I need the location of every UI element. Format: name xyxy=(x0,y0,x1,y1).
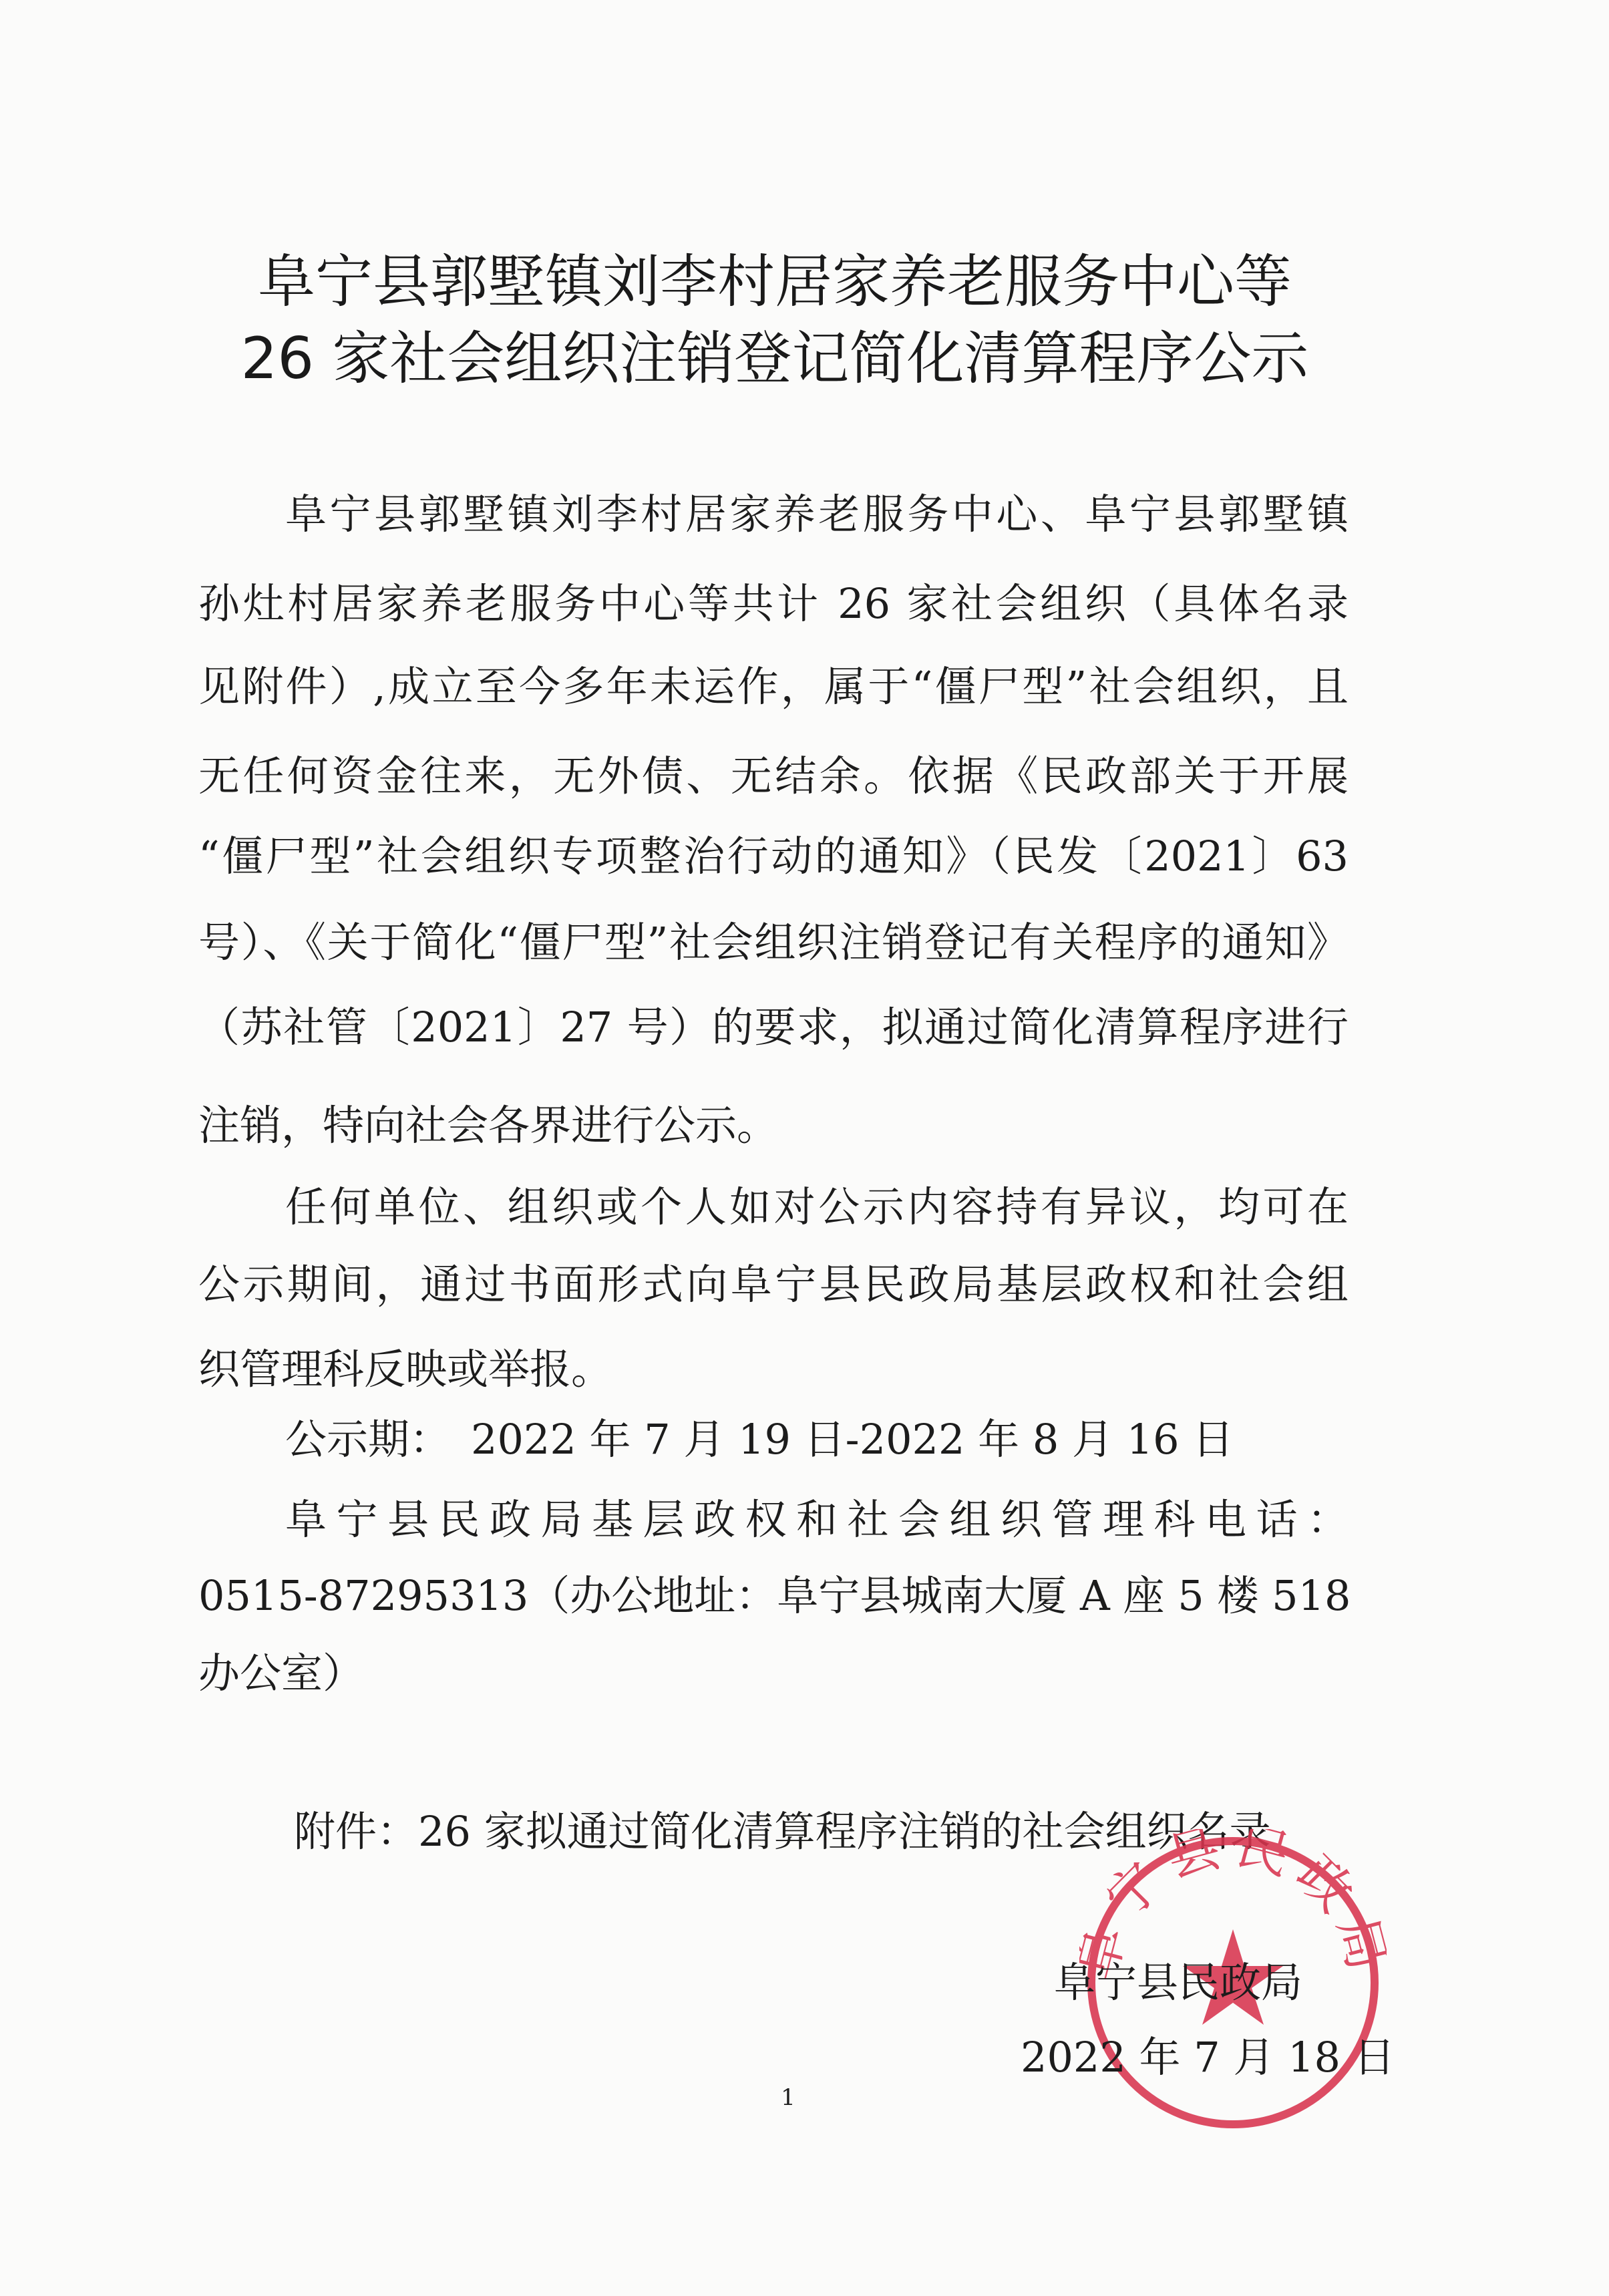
paragraph-line: “僵尸型”社会组织专项整治行动的通知》（民发〔2021〕63 xyxy=(198,830,1349,883)
issue-date: 2022 年 7 月 18 日 xyxy=(1021,2031,1395,2084)
paragraph-line: 孙灶村居家养老服务中心等共计 26 家社会组织（具体名录 xyxy=(198,577,1349,631)
document-title-line-1: 阜宁县郭墅镇刘李村居家养老服务中心等 xyxy=(200,249,1349,315)
contact-line: 0515-87295313（办公地址：阜宁县城南大厦 A 座 5 楼 518 xyxy=(198,1569,1349,1623)
publicity-period: 公示期：2022 年 7 月 19 日-2022 年 8 月 16 日 xyxy=(285,1413,1349,1466)
paragraph-line: 无任何资金往来，无外债、无结余。依据《民政部关于开展 xyxy=(198,750,1349,803)
paragraph-line: 任何单位、组织或个人如对公示内容持有异议，均可在 xyxy=(285,1180,1349,1234)
publicity-period-value: 2022 年 7 月 19 日-2022 年 8 月 16 日 xyxy=(471,1415,1234,1464)
contact-line: 办公室） xyxy=(198,1647,1349,1700)
publicity-period-label: 公示期： xyxy=(285,1415,451,1464)
paragraph-line: （苏社管〔2021〕27 号）的要求，拟通过简化清算程序进行 xyxy=(198,1001,1349,1054)
paragraph-line: 号）、《关于简化“僵尸型”社会组织注销登记有关程序的通知》 xyxy=(198,916,1349,969)
document-title-line-2: 26 家社会组织注销登记简化清算程序公示 xyxy=(200,325,1349,392)
paragraph-line: 注销，特向社会各界进行公示。 xyxy=(198,1099,1349,1152)
paragraph-line: 阜宁县郭墅镇刘李村居家养老服务中心、阜宁县郭墅镇 xyxy=(285,488,1349,541)
paragraph-line: 见附件）,成立至今多年未运作，属于“僵尸型”社会组织，且 xyxy=(198,660,1349,713)
contact-line: 阜宁县民政局基层政权和社会组织管理科电话： xyxy=(285,1493,1349,1546)
paragraph-line: 织管理科反映或举报。 xyxy=(198,1343,1349,1396)
issuer-signature: 阜宁县民政局 xyxy=(1054,1956,1302,2009)
page-number: 1 xyxy=(775,2084,801,2111)
document-page: 阜宁县郭墅镇刘李村居家养老服务中心等 26 家社会组织注销登记简化清算程序公示 … xyxy=(0,0,1609,2296)
paragraph-line: 公示期间，通过书面形式向阜宁县民政局基层政权和社会组 xyxy=(198,1258,1349,1311)
